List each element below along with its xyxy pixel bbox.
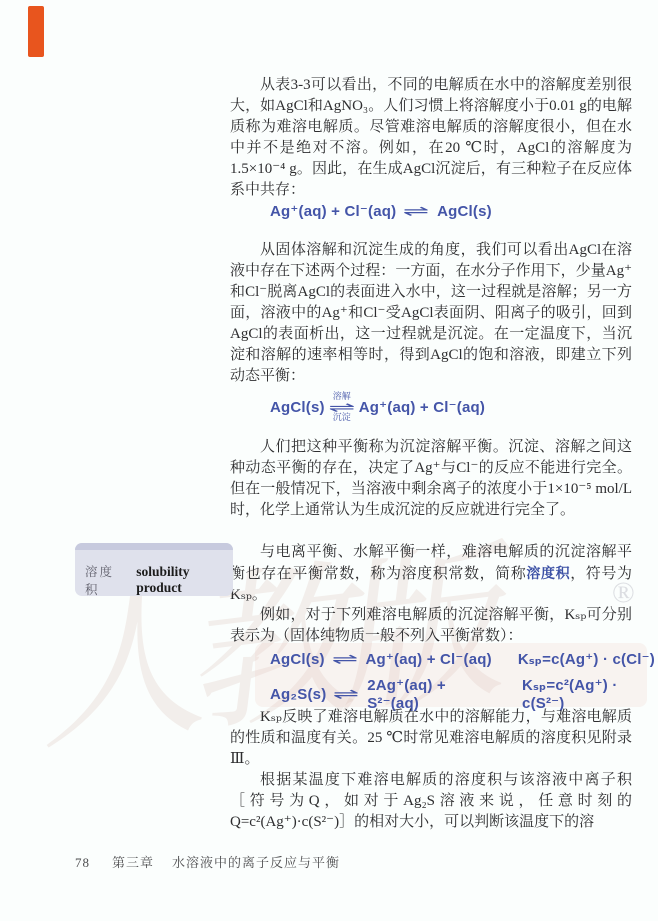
margin-note-term-cn: 溶度积 (85, 562, 126, 596)
equation-left: AgCl(s) (270, 651, 325, 668)
equation-right: Ag⁺(aq) + Cl⁻(aq) (366, 650, 492, 668)
chapter-edge-tab (28, 6, 44, 57)
equation-left: Ag₂S(s) (270, 686, 326, 703)
margin-note-term-en: solubility product (136, 564, 233, 596)
textbook-page: 人教版 ® 从表3-3可以看出，不同的电解质在水中的溶解度差别很大，如AgCl和… (0, 0, 658, 921)
equilibrium-arrow-icon: ⇌ (328, 400, 355, 414)
equilibrium-arrow-icon: ⇌ (403, 202, 430, 220)
equilibrium-arrow-icon: ⇌ (333, 685, 360, 703)
equation-ksp-agcl: AgCl(s) ⇌ Ag⁺(aq) + Cl⁻(aq) Kₛₚ=c(Ag⁺) ·… (270, 650, 655, 668)
equation-right: Ag⁺(aq) + Cl⁻(aq) (359, 398, 485, 416)
page-footer: 78 第三章 水溶液中的离子反应与平衡 (75, 852, 340, 871)
footer-chapter: 第三章 (112, 852, 154, 871)
key-term-solubility-product: 溶度积 (526, 565, 570, 581)
page-number: 78 (75, 855, 90, 871)
paragraph-ksp-definition: 与电离平衡、水解平衡一样，难溶电解质的沉淀溶解平衡也存在平衡常数，称为溶度积常数… (230, 542, 632, 606)
paragraph-ksp-examples-lead: 例如，对于下列难溶电解质的沉淀溶解平衡，Kₛₚ可分别表示为（固体纯物质一般不列入… (230, 605, 632, 647)
equation-left: AgCl(s) (270, 399, 325, 416)
equation-precipitation: Ag⁺(aq) + Cl⁻(aq) ⇌ AgCl(s) (270, 202, 492, 220)
labeled-equilibrium-arrow: 溶解 ⇌ 沉淀 (333, 392, 351, 422)
equation-right: AgCl(s) (437, 203, 492, 220)
equation-left: Ag⁺(aq) + Cl⁻(aq) (270, 202, 396, 220)
margin-note-solubility-product: 溶度积 solubility product (75, 543, 233, 596)
footer-chapter-title: 水溶液中的离子反应与平衡 (172, 852, 340, 871)
equilibrium-arrow-icon: ⇌ (332, 650, 359, 668)
paragraph-equilibrium-definition: 人们把这种平衡称为沉淀溶解平衡。沉淀、溶解之间这种动态平衡的存在，决定了Ag⁺与… (230, 437, 632, 521)
ksp-expression: Kₛₚ=c(Ag⁺) · c(Cl⁻) (518, 650, 655, 668)
paragraph-ion-product: 根据某温度下难溶电解质的溶度积与该溶液中离子积［符号为Q，如对于Ag₂S溶液来说… (230, 770, 632, 833)
paragraph-ksp-meaning: Kₛₚ反映了难溶电解质在水中的溶解能力，与难溶电解质的性质和温度有关。25 ℃时… (230, 707, 632, 770)
paragraph-dissolution-processes: 从固体溶解和沉淀生成的角度，我们可以看出AgCl在溶液中存在下述两个过程：一方面… (230, 240, 632, 387)
equation-dissolution-equilibrium: AgCl(s) 溶解 ⇌ 沉淀 Ag⁺(aq) + Cl⁻(aq) (270, 392, 485, 422)
paragraph-solubility-intro: 从表3-3可以看出，不同的电解质在水中的溶解度差别很大，如AgCl和AgNO₃。… (230, 75, 632, 201)
margin-note-top-strip (75, 543, 233, 550)
